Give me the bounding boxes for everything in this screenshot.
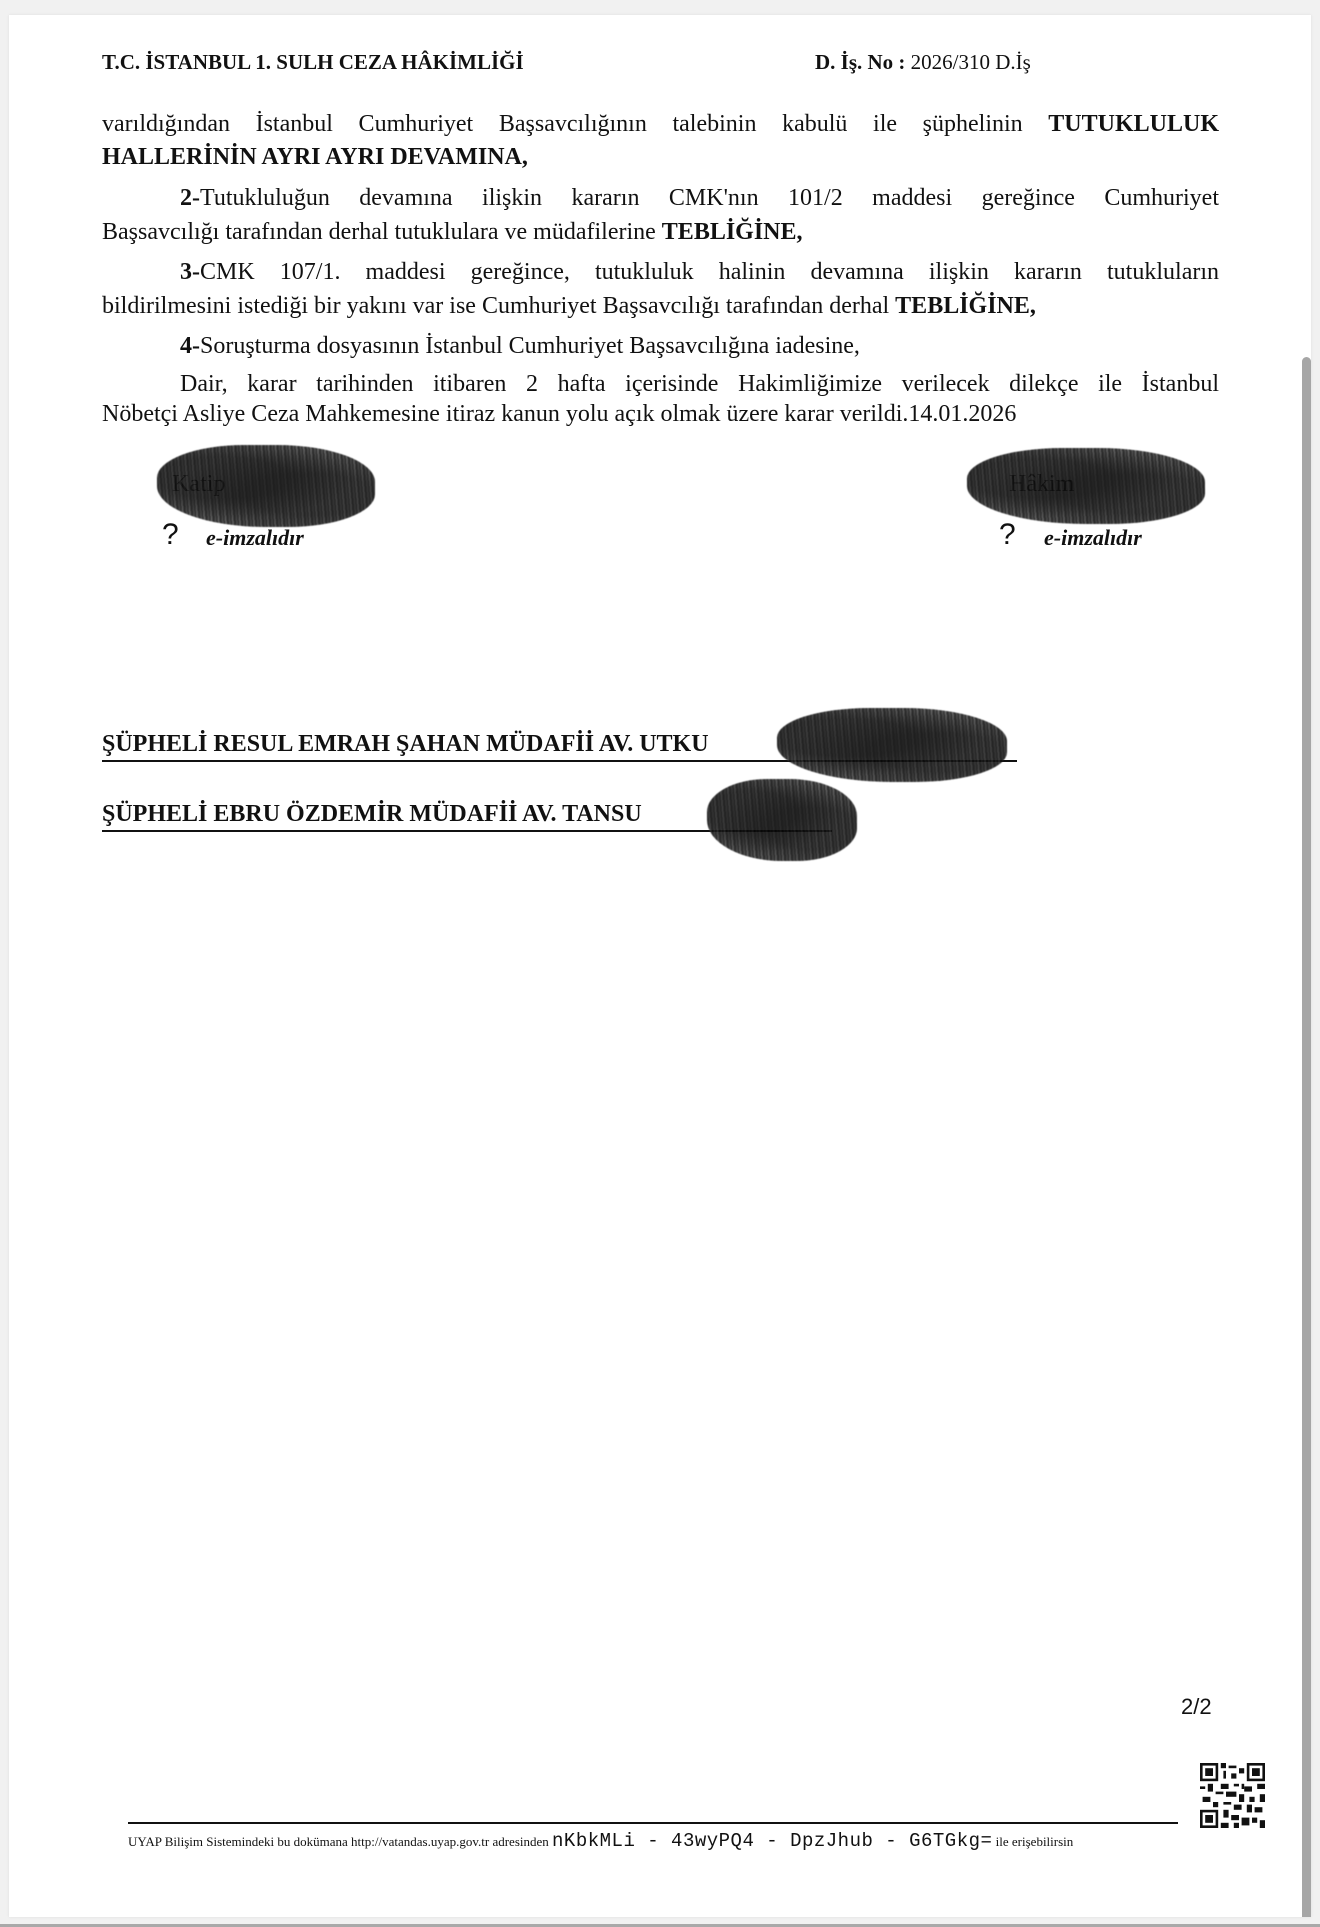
- redaction-mark: [157, 445, 375, 527]
- paragraph-1-line-1: varıldığından İstanbul Cumhuriyet Başsav…: [102, 112, 1219, 136]
- recipient-name: ŞÜPHELİ RESUL EMRAH ŞAHAN MÜDAFİİ AV. UT…: [102, 731, 709, 757]
- paragraph-5-line-1: Dair, karar tarihinden itibaren 2 hafta …: [180, 372, 1219, 396]
- text: Tutukluluğun devamına ilişkin kararın CM…: [200, 185, 1219, 211]
- page-number: 2/2: [1181, 1694, 1212, 1720]
- paragraph-2-line-2: Başsavcılığı tarafından derhal tutuklula…: [102, 220, 803, 244]
- file-number: D. İş. No : 2026/310 D.İş: [815, 50, 1031, 75]
- text: Soruşturma dosyasının İstanbul Cumhuriye…: [200, 333, 860, 359]
- signature-left-status: e-imzalıdır: [206, 525, 304, 551]
- file-number-value: 2026/310 D.İş: [911, 50, 1031, 74]
- file-number-label: D. İş. No :: [815, 50, 905, 74]
- redaction-mark: [967, 448, 1205, 524]
- text: bildirilmesini istediği bir yakını var i…: [102, 293, 889, 319]
- footer-suffix: ile erişebilirsin: [996, 1834, 1074, 1849]
- document-page: T.C. İSTANBUL 1. SULH CEZA HÂKİMLİĞİ D. …: [9, 15, 1311, 1917]
- bold-text: TUTUKLULUK: [1048, 111, 1219, 137]
- paragraph-4: 4-Soruşturma dosyasının İstanbul Cumhuri…: [180, 334, 860, 358]
- vertical-scrollbar[interactable]: [1302, 357, 1311, 1917]
- qr-code-icon: [1200, 1763, 1265, 1828]
- item-number: 4-: [180, 333, 200, 359]
- paragraph-3-line-2: bildirilmesini istediği bir yakını var i…: [102, 294, 1036, 318]
- item-number: 2-: [180, 185, 200, 211]
- footer-divider: [128, 1822, 1178, 1824]
- paragraph-5-line-2: Nöbetçi Asliye Ceza Mahkemesine itiraz k…: [102, 402, 1016, 426]
- redaction-mark: [777, 708, 1007, 782]
- verification-code: nKbkMLi - 43wyPQ4 - DpzJhub - G6TGkg=: [552, 1830, 992, 1852]
- paragraph-1-line-2: HALLERİNİN AYRI AYRI DEVAMINA,: [102, 145, 528, 169]
- footer-prefix: UYAP Bilişim Sistemindeki bu dokümana ht…: [128, 1834, 549, 1849]
- signature-left-mark: ?: [162, 518, 179, 552]
- footer-verification: UYAP Bilişim Sistemindeki bu dokümana ht…: [128, 1830, 1073, 1852]
- text: CMK 107/1. maddesi gereğince, tutukluluk…: [200, 259, 1219, 285]
- bold-text: HALLERİNİN AYRI AYRI DEVAMINA,: [102, 144, 528, 170]
- item-number: 3-: [180, 259, 200, 285]
- text: Başsavcılığı tarafından derhal tutuklula…: [102, 219, 656, 245]
- court-title: T.C. İSTANBUL 1. SULH CEZA HÂKİMLİĞİ: [102, 50, 524, 75]
- recipient-name: ŞÜPHELİ EBRU ÖZDEMİR MÜDAFİİ AV. TANSU: [102, 801, 642, 827]
- bold-text: TEBLİĞİNE,: [895, 293, 1036, 319]
- signature-right-mark: ?: [999, 518, 1016, 552]
- paragraph-3-line-1: 3-CMK 107/1. maddesi gereğince, tutuklul…: [180, 260, 1219, 284]
- paragraph-2-line-1: 2-Tutukluluğun devamına ilişkin kararın …: [180, 186, 1219, 210]
- signature-right-status: e-imzalıdır: [1044, 525, 1142, 551]
- redaction-mark: [707, 779, 857, 861]
- bold-text: TEBLİĞİNE,: [662, 219, 803, 245]
- text: varıldığından İstanbul Cumhuriyet Başsav…: [102, 111, 1023, 137]
